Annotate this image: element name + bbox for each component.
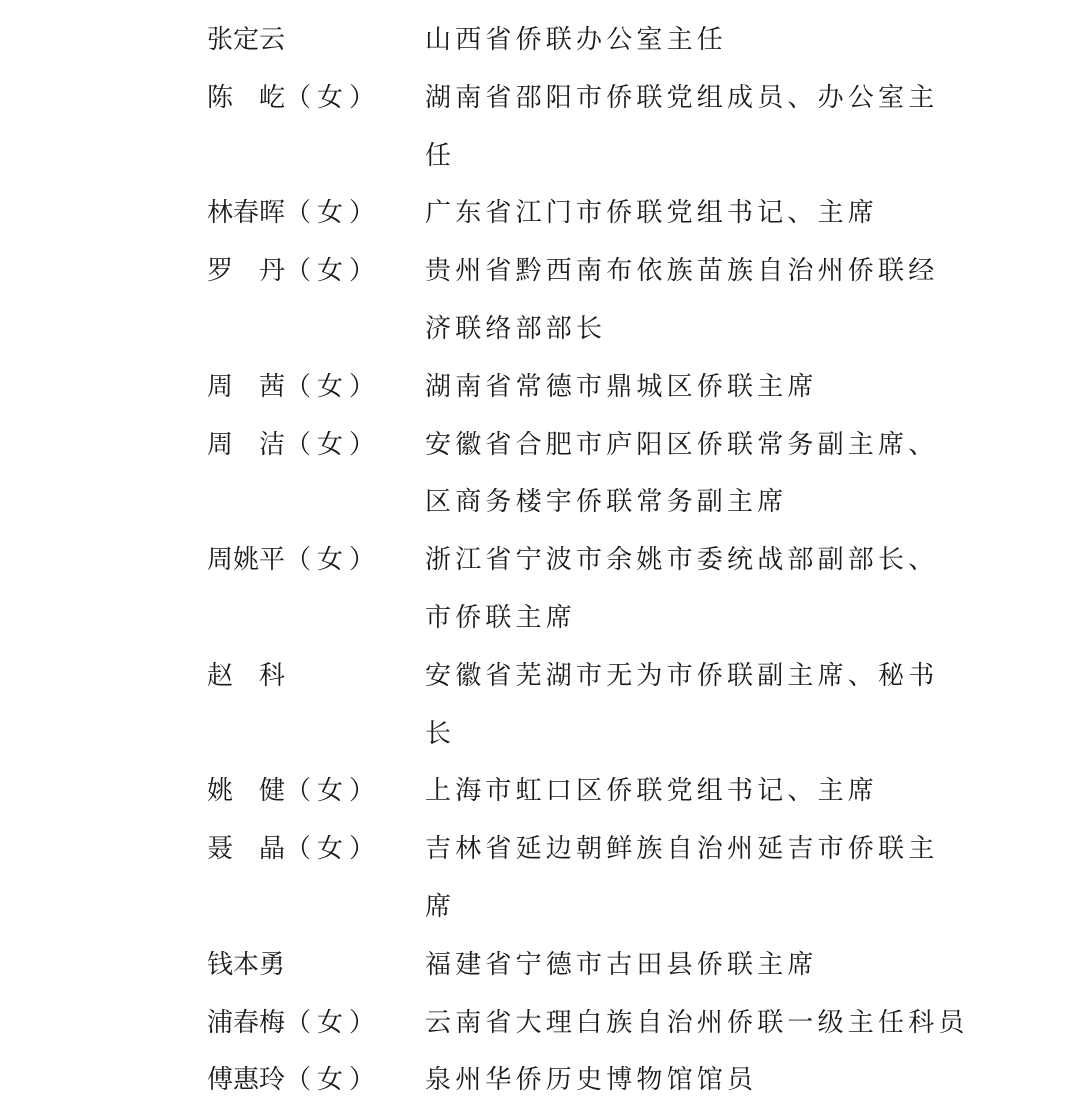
position-text-line: 吉林省延边朝鲜族自治州延吉市侨联主 [425,821,955,879]
member-name-cell: 周姚平（女） [207,532,425,590]
member-entry: 林春晖（女）广东省江门市侨联党组书记、主席 [0,185,1080,243]
member-entry: 姚 健（女）上海市虹口区侨联党组书记、主席 [0,763,1080,821]
position-text-line: 区商务楼宇侨联常务副主席 [425,474,955,532]
member-name: 周 茜 [207,359,285,417]
gender-note: （女） [285,417,381,475]
member-name-cell: 赵 科 [207,648,425,706]
position-text-line: 云南省大理白族自治州侨联一级主任科员 [425,995,955,1053]
member-position: 湖南省常德市鼎城区侨联主席 [425,359,955,417]
position-text-line: 山西省侨联办公室主任 [425,12,955,70]
position-text-line: 浙江省宁波市余姚市委统战部副部长、 [425,532,955,590]
member-entry: 罗 丹（女）贵州省黔西南布依族苗族自治州侨联经济联络部部长 [0,243,1080,359]
member-position: 广东省江门市侨联党组书记、主席 [425,185,955,243]
member-position: 浙江省宁波市余姚市委统战部副部长、市侨联主席 [425,532,955,648]
member-list: 张定云山西省侨联办公室主任陈 屹（女）湖南省邵阳市侨联党组成员、办公室主任林春晖… [0,12,1080,1108]
position-text-line: 广东省江门市侨联党组书记、主席 [425,185,955,243]
gender-note: （女） [285,763,381,821]
member-name-cell: 林春晖（女） [207,185,425,243]
member-name-cell: 周 茜（女） [207,359,425,417]
member-name: 赵 科 [207,648,285,706]
position-text-line: 贵州省黔西南布依族苗族自治州侨联经 [425,243,955,301]
gender-note: （女） [285,243,381,301]
member-entry: 聂 晶（女）吉林省延边朝鲜族自治州延吉市侨联主席 [0,821,1080,937]
member-position: 福建省宁德市古田县侨联主席 [425,937,955,995]
member-entry: 周姚平（女）浙江省宁波市余姚市委统战部副部长、市侨联主席 [0,532,1080,648]
gender-note: （女） [285,185,381,243]
member-name-cell: 张定云 [207,12,425,70]
member-name: 浦春梅 [207,995,285,1053]
member-name: 周姚平 [207,532,285,590]
member-position: 吉林省延边朝鲜族自治州延吉市侨联主席 [425,821,955,937]
member-entry: 周 茜（女）湖南省常德市鼎城区侨联主席 [0,359,1080,417]
gender-note: （女） [285,821,381,879]
member-name-cell: 罗 丹（女） [207,243,425,301]
member-entry: 傅惠玲（女）泉州华侨历史博物馆馆员 [0,1052,1080,1108]
member-position: 安徽省芜湖市无为市侨联副主席、秘书长 [425,648,955,764]
member-position: 泉州华侨历史博物馆馆员 [425,1052,955,1108]
position-text-line: 市侨联主席 [425,590,955,648]
member-name-cell: 聂 晶（女） [207,821,425,879]
member-name: 姚 健 [207,763,285,821]
position-text-line: 安徽省合肥市庐阳区侨联常务副主席、 [425,417,955,475]
position-text-line: 湖南省常德市鼎城区侨联主席 [425,359,955,417]
member-name: 傅惠玲 [207,1052,285,1108]
member-entry: 浦春梅（女）云南省大理白族自治州侨联一级主任科员 [0,995,1080,1053]
position-text-line: 上海市虹口区侨联党组书记、主席 [425,763,955,821]
member-name: 罗 丹 [207,243,285,301]
member-entry: 张定云山西省侨联办公室主任 [0,12,1080,70]
member-position: 云南省大理白族自治州侨联一级主任科员 [425,995,955,1053]
member-name-cell: 周 洁（女） [207,417,425,475]
position-text-line: 长 [425,706,955,764]
position-text-line: 福建省宁德市古田县侨联主席 [425,937,955,995]
member-entry: 周 洁（女）安徽省合肥市庐阳区侨联常务副主席、区商务楼宇侨联常务副主席 [0,417,1080,533]
position-text-line: 席 [425,879,955,937]
gender-note: （女） [285,70,381,128]
member-name-cell: 姚 健（女） [207,763,425,821]
position-text-line: 安徽省芜湖市无为市侨联副主席、秘书 [425,648,955,706]
position-text-line: 济联络部部长 [425,301,955,359]
member-entry: 陈 屹（女）湖南省邵阳市侨联党组成员、办公室主任 [0,70,1080,186]
member-name: 周 洁 [207,417,285,475]
position-text-line: 泉州华侨历史博物馆馆员 [425,1052,955,1108]
member-position: 上海市虹口区侨联党组书记、主席 [425,763,955,821]
member-position: 湖南省邵阳市侨联党组成员、办公室主任 [425,70,955,186]
member-name: 林春晖 [207,185,285,243]
gender-note: （女） [285,359,381,417]
member-position: 安徽省合肥市庐阳区侨联常务副主席、区商务楼宇侨联常务副主席 [425,417,955,533]
gender-note: （女） [285,1052,381,1108]
member-name-cell: 陈 屹（女） [207,70,425,128]
member-name: 钱本勇 [207,937,285,995]
member-name: 聂 晶 [207,821,285,879]
member-position: 贵州省黔西南布依族苗族自治州侨联经济联络部部长 [425,243,955,359]
member-entry: 钱本勇福建省宁德市古田县侨联主席 [0,937,1080,995]
gender-note: （女） [285,995,381,1053]
position-text-line: 湖南省邵阳市侨联党组成员、办公室主 [425,70,955,128]
member-name-cell: 浦春梅（女） [207,995,425,1053]
gender-note: （女） [285,532,381,590]
member-position: 山西省侨联办公室主任 [425,12,955,70]
member-name: 张定云 [207,12,285,70]
member-name-cell: 傅惠玲（女） [207,1052,425,1108]
member-entry: 赵 科安徽省芜湖市无为市侨联副主席、秘书长 [0,648,1080,764]
position-text-line: 任 [425,128,955,186]
member-name-cell: 钱本勇 [207,937,425,995]
member-name: 陈 屹 [207,70,285,128]
